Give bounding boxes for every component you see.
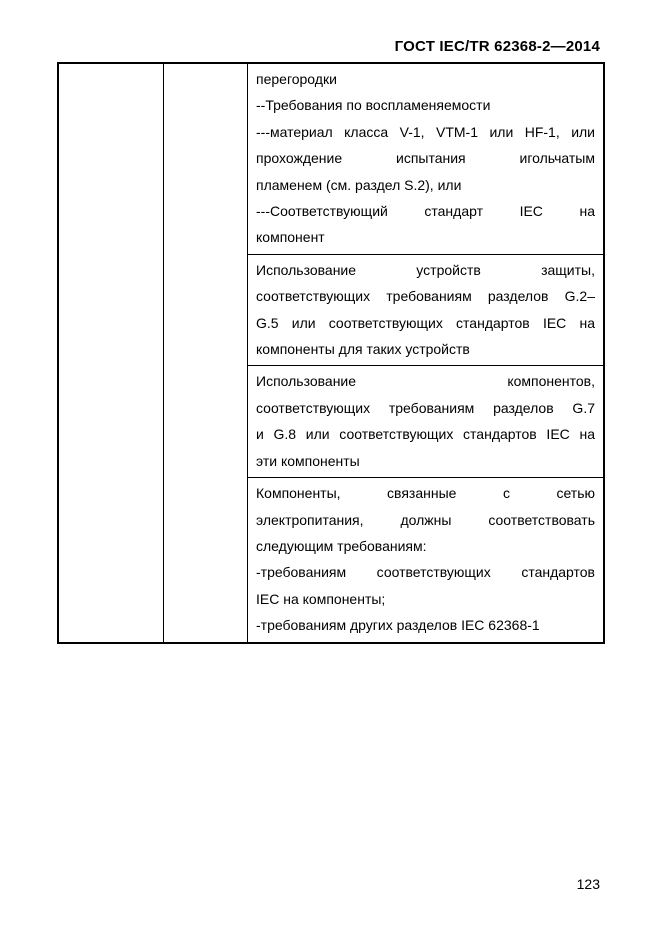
text-line: компонент xyxy=(256,224,595,250)
text-line: Использование компонентов, xyxy=(256,368,595,394)
text-line: -требованиям других разделов IEC 62368-1 xyxy=(256,612,595,638)
text-line: пламенем (см. раздел S.2), или xyxy=(256,172,595,198)
text-line: эти компоненты xyxy=(256,448,595,474)
text-line: ---Соответствующий стандарт IEC на xyxy=(256,198,595,224)
text-line: G.5 или соответствующих стандартов IEC н… xyxy=(256,310,595,336)
table-column-1-empty xyxy=(59,64,164,642)
table-cell: Компоненты, связанные с сетью электропит… xyxy=(248,478,603,641)
text-line: -требованиям соответствующих стандартов xyxy=(256,559,595,585)
table-cell: Использование устройств защиты, соответс… xyxy=(248,255,603,367)
text-line: Компоненты, связанные с сетью xyxy=(256,480,595,506)
document-page: ГОСТ IEC/TR 62368-2—2014 перегородки --Т… xyxy=(0,0,661,935)
text-line: компоненты для таких устройств xyxy=(256,336,595,362)
page-header-title: ГОСТ IEC/TR 62368-2—2014 xyxy=(0,38,600,55)
text-line: ---материал класса V-1, VTM-1 или HF-1, … xyxy=(256,119,595,145)
text-line: следующим требованиям: xyxy=(256,533,595,559)
table-column-3: перегородки --Требования по воспламеняем… xyxy=(248,64,603,642)
table-cell: перегородки --Требования по воспламеняем… xyxy=(248,64,603,255)
text-line: и G.8 или соответствующих стандартов IEC… xyxy=(256,421,595,447)
text-line: --Требования по воспламеняемости xyxy=(256,92,595,118)
text-line: перегородки xyxy=(256,66,595,92)
table-column-2-empty xyxy=(164,64,248,642)
text-line: электропитания, должны соответствовать xyxy=(256,507,595,533)
text-line: соответствующих требованиям разделов G.7 xyxy=(256,395,595,421)
content-table: перегородки --Требования по воспламеняем… xyxy=(57,62,605,644)
table-cell: Использование компонентов, соответствующ… xyxy=(248,366,603,478)
text-line: IEC на компоненты; xyxy=(256,586,595,612)
page-number: 123 xyxy=(0,876,600,892)
text-line: соответствующих требованиям разделов G.2… xyxy=(256,283,595,309)
text-line: прохождение испытания игольчатым xyxy=(256,145,595,171)
text-line: Использование устройств защиты, xyxy=(256,257,595,283)
